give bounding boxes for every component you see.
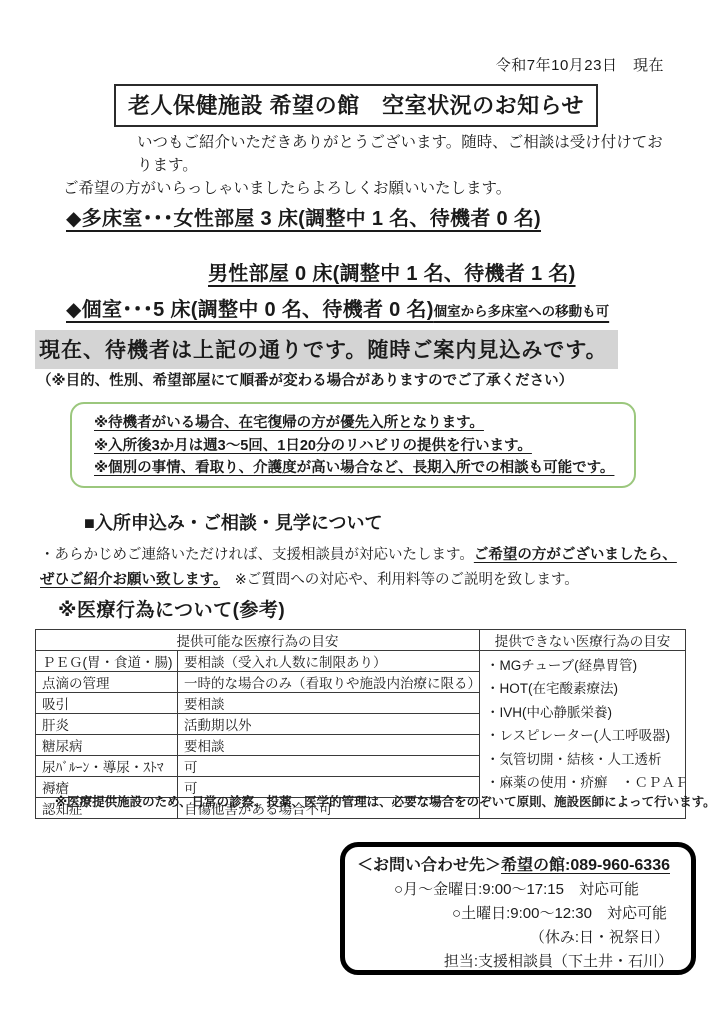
row-label: 糖尿病 — [36, 735, 178, 756]
row-value: 要相談 — [178, 735, 480, 756]
medical-table-note: ※医療提供施設のため、日常の診察、投薬、医学的管理は、必要な場合をのぞいて原則、… — [55, 792, 716, 810]
row-label: 吸引 — [36, 693, 178, 714]
row-value: 一時的な場合のみ（看取りや施設内治療に限る） — [178, 672, 480, 693]
application-paragraph: ・あらかじめご連絡いただければ、支援相談員が対応いたします。ご希望の方がございま… — [40, 543, 688, 593]
unavailable-header-cell: 提供できない医療行為の目安 — [480, 630, 686, 651]
contact-label: ＜お問い合わせ先＞ — [357, 857, 501, 874]
unavailable-item: ・IVH(中心静脈栄養) — [486, 701, 679, 724]
contact-holiday-info: （休み:日・祝祭日） — [357, 926, 679, 950]
table-header-row: 提供可能な医療行為の目安 提供できない医療行為の目安 — [36, 630, 686, 651]
row-value: 可 — [178, 756, 480, 777]
contact-saturday-hours: ○土曜日:9:00～12:30 対応可能 — [357, 902, 679, 926]
vacancy-private-room-note: 個室から多床室への移動も可 — [434, 304, 610, 319]
row-label: ＰＥＧ(胃・食道・腸) — [36, 651, 178, 672]
unavailable-item: ・気管切開・結核・人工透析 — [486, 748, 679, 771]
vacancy-multi-room-male: 男性部屋 0 床(調整中 1 名、待機者 1 名) — [208, 257, 576, 286]
notice-line-2: ※入所後3か月は週3～5回、1日20分のリハビリの提供を行います。 — [94, 435, 634, 458]
row-label: 点滴の管理 — [36, 672, 178, 693]
unavailable-item: ・麻薬の使用・疥癬 ・ＣＰＡＰ — [486, 771, 679, 794]
available-header-cell: 提供可能な医療行為の目安 — [36, 630, 480, 651]
unavailable-item: ・レスピレーター(人工呼吸器) — [486, 724, 679, 747]
row-label: 尿ﾊﾞﾙｰﾝ・導尿・ｽﾄﾏ — [36, 756, 178, 777]
waiting-status-highlight: 現在、待機者は上記の通りです。随時ご案内見込みです。 — [35, 330, 618, 369]
notice-line-3: ※個別の事情、看取り、介護度が高い場合など、長期入所での相談も可能です。 — [94, 457, 634, 480]
vacancy-private-room: ◆個室･･･5 床(調整中 0 名、待機者 0 名)個室から多床室への移動も可 — [66, 293, 609, 322]
document-date: 令和7年10月23日 現在 — [496, 54, 664, 75]
medical-acts-table: 提供可能な医療行為の目安 提供できない医療行為の目安 ＰＥＧ(胃・食道・腸) 要… — [35, 629, 686, 819]
row-value: 活動期以外 — [178, 714, 480, 735]
waiting-status-caveat: （※目的、性別、希望部屋にて順番が変わる場合がありますのでご了承ください） — [37, 369, 573, 390]
vacancy-notice-page: 令和7年10月23日 現在 老人保健施設 希望の館 空室状況のお知らせ いつもご… — [0, 0, 724, 1024]
application-text-post: ※ご質問への対応や、利用料等のご説明を致します。 — [220, 572, 579, 588]
contact-box: ＜お問い合わせ先＞希望の館:089-960-6336 ○月～金曜日:9:00～1… — [340, 842, 696, 975]
intro-line-3: ご希望の方がいらっしゃいましたらよろしくお願いいたします。 — [63, 177, 668, 200]
application-section-heading: ■入所申込み・ご相談・見学について — [84, 509, 383, 535]
vacancy-multi-room-female: ◆多床室･･･女性部屋 3 床(調整中 1 名、待機者 0 名) — [66, 202, 541, 231]
medical-section-heading: ※医療行為について(参考) — [58, 595, 285, 622]
unavailable-item: ・HOT(在宅酸素療法) — [486, 677, 679, 700]
notice-line-1: ※待機者がいる場合、在宅復帰の方が優先入所となります。 — [94, 412, 634, 435]
contact-staff-info: 担当:支援相談員（下土井・石川） — [357, 950, 679, 974]
intro-line-1: いつもご紹介いただきありがとうございます。随時、ご相談は受け付けてお — [63, 131, 668, 154]
row-value: 要相談（受入れ人数に制限あり） — [178, 651, 480, 672]
admission-notice-box: ※待機者がいる場合、在宅復帰の方が優先入所となります。 ※入所後3か月は週3～5… — [70, 402, 636, 488]
row-label: 肝炎 — [36, 714, 178, 735]
contact-weekday-hours: ○月～金曜日:9:00～17:15 対応可能 — [357, 878, 679, 902]
contact-phone-number: 希望の館:089-960-6336 — [501, 857, 670, 874]
unavailable-item: ・MGチューブ(経鼻胃管) — [486, 654, 679, 677]
vacancy-private-room-main: ◆個室･･･5 床(調整中 0 名、待機者 0 名) — [66, 299, 434, 321]
medical-table-wrapper: 提供可能な医療行為の目安 提供できない医療行為の目安 ＰＥＧ(胃・食道・腸) 要… — [35, 629, 686, 819]
intro-line-2: ります。 — [63, 154, 668, 177]
intro-paragraph: いつもご紹介いただきありがとうございます。随時、ご相談は受け付けてお ります。 … — [63, 131, 668, 200]
table-row: ＰＥＧ(胃・食道・腸) 要相談（受入れ人数に制限あり） ・MGチューブ(経鼻胃管… — [36, 651, 686, 672]
row-value: 要相談 — [178, 693, 480, 714]
application-text-pre: ・あらかじめご連絡いただければ、支援相談員が対応いたします。 — [40, 547, 474, 563]
document-title: 老人保健施設 希望の館 空室状況のお知らせ — [114, 84, 598, 127]
contact-heading: ＜お問い合わせ先＞希望の館:089-960-6336 — [357, 854, 679, 878]
